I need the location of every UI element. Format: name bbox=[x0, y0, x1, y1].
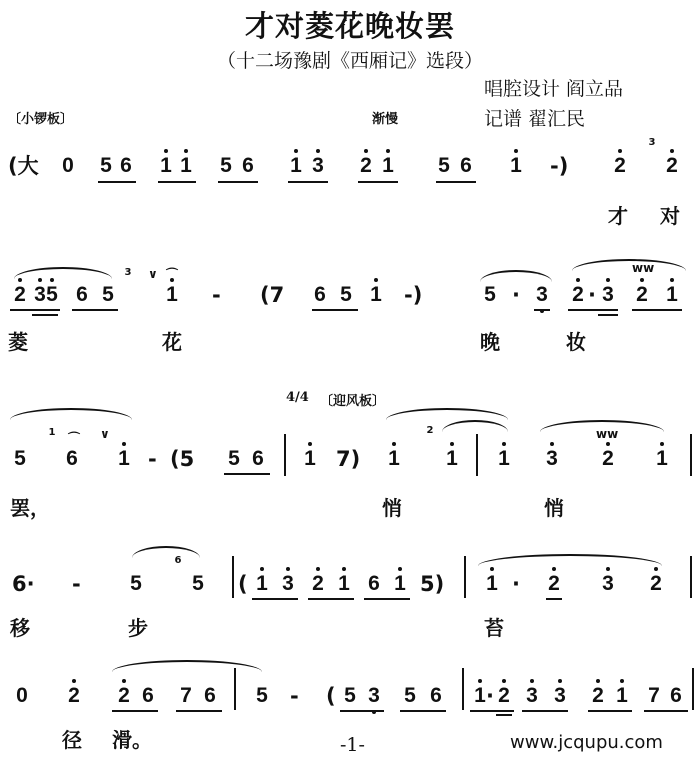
lyric: 对 bbox=[660, 200, 680, 229]
grace-note: 3 bbox=[122, 268, 134, 278]
dash: - bbox=[212, 283, 221, 307]
note: 1 bbox=[336, 572, 352, 596]
note: 3 bbox=[534, 283, 550, 307]
note: 1 bbox=[380, 154, 396, 178]
note: 2 bbox=[648, 572, 664, 596]
dot: · bbox=[588, 283, 596, 307]
slur bbox=[14, 267, 112, 279]
note: 2 bbox=[12, 283, 28, 307]
note: 1 bbox=[508, 154, 524, 178]
lyric: 罢， bbox=[10, 492, 50, 521]
note: 6 bbox=[64, 447, 80, 471]
barline bbox=[692, 668, 694, 710]
note: 7 bbox=[178, 684, 194, 708]
note: 6 bbox=[458, 154, 474, 178]
trill-mark: ww bbox=[632, 262, 654, 274]
slur bbox=[480, 270, 552, 282]
underline bbox=[340, 710, 384, 712]
note: 1 bbox=[496, 447, 512, 471]
grace-note: 2 bbox=[424, 426, 436, 436]
section-marking: 〔迎风板〕 bbox=[320, 390, 385, 409]
slur bbox=[386, 408, 508, 420]
note: 6 bbox=[140, 684, 156, 708]
lyric: 菱 bbox=[8, 326, 28, 355]
credit-transcriber: 记谱 翟汇民 bbox=[484, 104, 585, 131]
lyric: 晚 bbox=[480, 326, 500, 355]
note: 3 bbox=[366, 684, 382, 708]
note: 5 bbox=[12, 447, 28, 471]
slur bbox=[132, 546, 200, 558]
note: 1 bbox=[288, 154, 304, 178]
note: 1 bbox=[484, 572, 500, 596]
underline bbox=[224, 473, 270, 475]
underline bbox=[522, 710, 568, 712]
note-open: ( bbox=[326, 684, 336, 708]
slur bbox=[10, 408, 132, 420]
lyric: 苔 bbox=[484, 612, 504, 641]
note-open: (7 bbox=[260, 283, 284, 307]
note: 1 bbox=[386, 447, 402, 471]
underline bbox=[496, 714, 512, 716]
watermark: www.jcqupu.com bbox=[510, 732, 663, 753]
note-open: ( bbox=[238, 572, 248, 596]
note: 6 bbox=[74, 283, 90, 307]
barline bbox=[690, 434, 692, 476]
underline bbox=[632, 309, 682, 311]
underline bbox=[436, 181, 476, 183]
credit-composer: 唱腔设计 阎立品 bbox=[484, 74, 623, 101]
note: 2 bbox=[600, 447, 616, 471]
note: 2 bbox=[590, 684, 606, 708]
note: 0 bbox=[14, 684, 30, 708]
trill-mark: ww bbox=[596, 428, 618, 440]
note: 6 bbox=[240, 154, 256, 178]
note: 1 bbox=[116, 447, 132, 471]
note: 3 bbox=[600, 283, 616, 307]
lyric: 径 bbox=[62, 724, 82, 753]
barline bbox=[284, 434, 286, 476]
note-open: (5 bbox=[170, 447, 194, 471]
lyric: 滑。 bbox=[112, 724, 152, 753]
note: 5 bbox=[226, 447, 242, 471]
note: 0 bbox=[60, 154, 76, 178]
barline bbox=[232, 556, 234, 598]
note: 3 bbox=[524, 684, 540, 708]
dot: · bbox=[486, 684, 494, 708]
note: 7 bbox=[646, 684, 662, 708]
slur bbox=[112, 660, 262, 672]
underline bbox=[364, 598, 410, 600]
song-subtitle: （十二场豫剧《西厢记》选段） bbox=[0, 46, 700, 73]
note: 5 bbox=[218, 154, 234, 178]
note: 2 bbox=[634, 283, 650, 307]
underline bbox=[252, 598, 298, 600]
underline bbox=[312, 309, 358, 311]
note: 5 bbox=[482, 283, 498, 307]
note: 5 bbox=[338, 283, 354, 307]
note: 5 bbox=[402, 684, 418, 708]
note: 2 bbox=[496, 684, 512, 708]
breath-mark: ∨ bbox=[148, 268, 158, 280]
underline bbox=[358, 181, 398, 183]
note: 6 bbox=[312, 283, 328, 307]
note: 7) bbox=[336, 447, 360, 471]
note: 3 bbox=[310, 154, 326, 178]
slur bbox=[478, 554, 662, 566]
underline bbox=[534, 309, 550, 311]
dash: - bbox=[148, 447, 157, 471]
underline bbox=[32, 314, 58, 316]
note: 1 bbox=[164, 283, 180, 307]
underline bbox=[98, 181, 136, 183]
barline bbox=[234, 668, 236, 710]
note: 2 bbox=[66, 684, 82, 708]
note: 3 bbox=[544, 447, 560, 471]
underline bbox=[470, 710, 514, 712]
lyric: 移 bbox=[10, 612, 30, 641]
slur bbox=[442, 420, 508, 432]
note: 1 bbox=[614, 684, 630, 708]
note: 3 bbox=[600, 572, 616, 596]
underline bbox=[588, 710, 632, 712]
tempo-marking: 〔小锣板〕 bbox=[8, 108, 73, 127]
lyric: 悄 bbox=[382, 492, 402, 521]
barline bbox=[476, 434, 478, 476]
note: 3 bbox=[552, 684, 568, 708]
note: 6 bbox=[250, 447, 266, 471]
underline bbox=[218, 181, 258, 183]
note: 1 bbox=[368, 283, 384, 307]
lyric: 花 bbox=[162, 326, 182, 355]
underline bbox=[308, 598, 354, 600]
barline bbox=[462, 668, 464, 710]
dot: · bbox=[512, 572, 520, 596]
barline bbox=[690, 556, 692, 598]
underline bbox=[568, 309, 618, 311]
slur bbox=[572, 259, 686, 271]
note: 2 bbox=[612, 154, 628, 178]
note: 6 bbox=[118, 154, 134, 178]
note: 5 bbox=[436, 154, 452, 178]
tempo-change: 渐慢 bbox=[372, 108, 398, 127]
lyric: 才 bbox=[608, 200, 628, 229]
note-close: 5) bbox=[420, 572, 444, 596]
note: 5 bbox=[128, 572, 144, 596]
underline bbox=[400, 710, 446, 712]
song-title: 才对菱花晚妆罢 bbox=[0, 4, 700, 45]
note: 1 bbox=[654, 447, 670, 471]
underline bbox=[176, 710, 222, 712]
grace-note: 1 bbox=[46, 428, 58, 438]
note: 6 bbox=[668, 684, 684, 708]
underline bbox=[72, 309, 118, 311]
note: 6· bbox=[12, 572, 35, 596]
barline bbox=[464, 556, 466, 598]
underline bbox=[546, 598, 562, 600]
fermata: ⌒ bbox=[68, 432, 80, 444]
note: 1 bbox=[158, 154, 174, 178]
note: 5 bbox=[254, 684, 270, 708]
note: 2 bbox=[358, 154, 374, 178]
note: 1 bbox=[178, 154, 194, 178]
note: 1 bbox=[392, 572, 408, 596]
page-number: -1- bbox=[340, 734, 365, 756]
note-close: -) bbox=[550, 154, 568, 178]
underline bbox=[10, 309, 60, 311]
note-close: -) bbox=[404, 283, 422, 307]
note: 6 bbox=[366, 572, 382, 596]
breath-mark: ∨ bbox=[100, 428, 110, 440]
grace-note: 6 bbox=[172, 556, 184, 566]
meter: 4/4 bbox=[286, 390, 309, 405]
note: 5 bbox=[44, 283, 60, 307]
note: 2 bbox=[570, 283, 586, 307]
grace-note: 3 bbox=[646, 138, 658, 148]
note: 1 bbox=[444, 447, 460, 471]
note: 1 bbox=[302, 447, 318, 471]
note: 5 bbox=[190, 572, 206, 596]
underline bbox=[598, 314, 618, 316]
lyric: 步 bbox=[128, 612, 148, 641]
note: 1 bbox=[254, 572, 270, 596]
dash: - bbox=[290, 684, 299, 708]
lyric: 妆 bbox=[566, 326, 586, 355]
note: 6 bbox=[428, 684, 444, 708]
underline bbox=[288, 181, 328, 183]
underline bbox=[112, 710, 158, 712]
note: 6 bbox=[202, 684, 218, 708]
note: 2 bbox=[310, 572, 326, 596]
note: 2 bbox=[116, 684, 132, 708]
note: 2 bbox=[664, 154, 680, 178]
dash: - bbox=[72, 572, 81, 596]
underline bbox=[158, 181, 196, 183]
lyric: 悄 bbox=[544, 492, 564, 521]
underline bbox=[644, 710, 688, 712]
note: 1 bbox=[664, 283, 680, 307]
note: 5 bbox=[100, 283, 116, 307]
note: 5 bbox=[342, 684, 358, 708]
note: 2 bbox=[546, 572, 562, 596]
note: 5 bbox=[98, 154, 114, 178]
note-open: (大 bbox=[8, 154, 39, 178]
dot: · bbox=[512, 283, 520, 307]
note: 3 bbox=[280, 572, 296, 596]
